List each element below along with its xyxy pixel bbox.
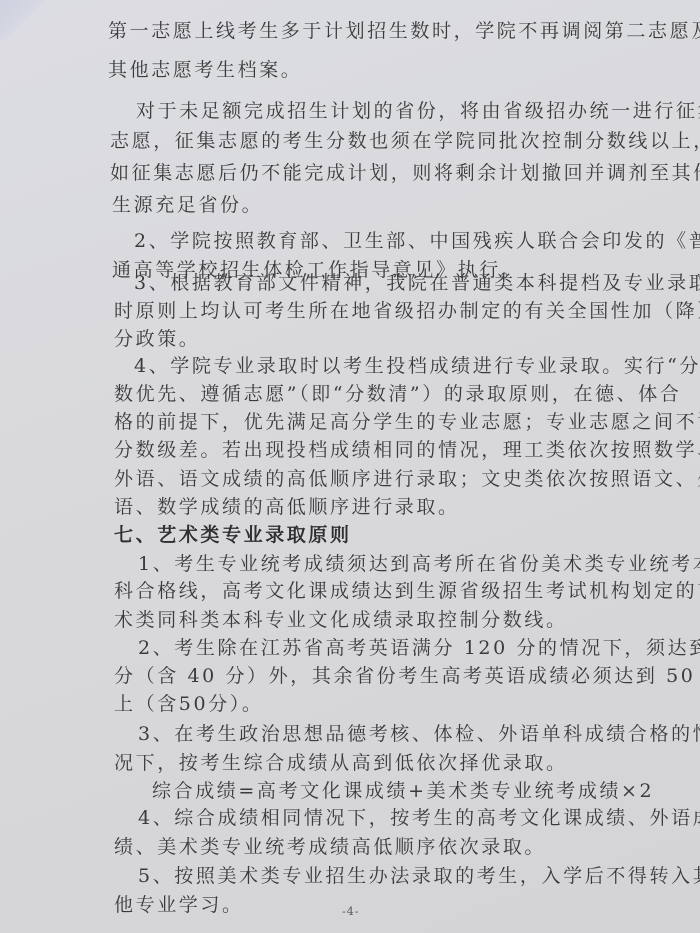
text-line: 对于未足额完成招生计划的省份，将由省级招办统一进行征集 <box>136 102 700 121</box>
text-line: 生源充足省份。 <box>112 196 263 215</box>
text-line: 1、考生专业统考成绩须达到高考所在省份美术类专业统考本 <box>138 555 700 574</box>
text-line: 外语、语文成绩的高低顺序进行录取；文史类依次按照语文、外 <box>114 470 700 489</box>
text-line: 况下，按考生综合成绩从高到低依次择优录取。 <box>114 754 568 773</box>
text-line: 分数级差。若出现投档成绩相同的情况，理工类依次按照数学、 <box>114 441 700 460</box>
text-line: 绩、美术类专业统考成绩高低顺序依次录取。 <box>114 838 546 857</box>
text-line: 科合格线，高考文化课成绩达到生源省级招生考试机构划定的艺 <box>114 582 700 601</box>
text-line: 第一志愿上线考生多于计划招生数时，学院不再调阅第二志愿及 <box>108 22 700 41</box>
text-line: 其他志愿考生档案。 <box>108 61 302 80</box>
text-line: 2、考生除在江苏省高考英语满分 120 分的情况下，须达到 40 <box>138 639 700 658</box>
text-line: 时原则上均认可考生所在地省级招办制定的有关全国性加（降） <box>114 302 700 321</box>
text-line: 数优先、遵循志愿”（即“分数清”）的录取原则，在德、体合 <box>114 385 681 404</box>
text-line: 上（含50分）。 <box>114 695 263 714</box>
text-line: 分（含 40 分）外，其余省份考生高考英语成绩必须达到 50 分以 <box>114 667 700 686</box>
section-heading: 七、艺术类专业录取原则 <box>114 526 352 545</box>
text-line: 格的前提下，优先满足高分学生的专业志愿；专业志愿之间不设 <box>114 413 700 432</box>
text-line: 5、按照美术类专业招生办法录取的考生，入学后不得转入其 <box>138 867 700 886</box>
text-line: 4、学院专业录取时以考生投档成绩进行专业录取。实行“分 <box>134 357 700 376</box>
text-line: 4、综合成绩相同情况下，按考生的高考文化课成绩、外语成 <box>138 809 700 828</box>
text-line: 语、数学成绩的高低顺序进行录取。 <box>114 498 460 517</box>
text-line: 如征集志愿后仍不能完成计划，则将剩余计划撤回并调剂至其他 <box>110 164 700 183</box>
text-line: 3、根据教育部文件精神，我院在普通类本科提档及专业录取 <box>134 274 700 293</box>
paper-fold-shadow <box>0 0 60 40</box>
text-line: 他专业学习。 <box>114 896 244 915</box>
text-line: 3、在考生政治思想品德考核、体检、外语单科成绩合格的情 <box>138 725 700 744</box>
text-line: 志愿，征集志愿的考生分数也须在学院同批次控制分数线以上， <box>110 132 700 151</box>
text-line: 术类同科类本科专业文化成绩录取控制分数线。 <box>114 611 568 630</box>
page-number: -4- <box>342 905 359 918</box>
text-line: 分政策。 <box>114 330 200 349</box>
text-line: 综合成绩=高考文化课成绩+美术类专业统考成绩×2 <box>152 782 654 801</box>
text-line: 2、学院按照教育部、卫生部、中国残疾人联合会印发的《普 <box>134 232 700 251</box>
